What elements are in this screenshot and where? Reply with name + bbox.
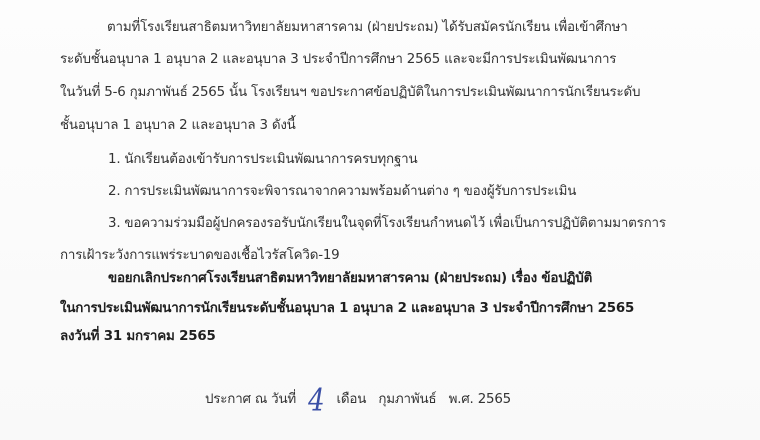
announcement-date-line: ประกาศ ณ วันที่ 4 เดือน กุมภาพันธ์ พ.ศ. … (205, 385, 511, 410)
month-label: เดือน (337, 392, 367, 407)
paragraph-line-4: ชั้นอนุบาล 1 อนุบาล 2 และอนุบาล 3 ดังนี้ (60, 116, 296, 136)
paragraph-line-2: ระดับชั้นอนุบาล 1 อนุบาล 2 และอนุบาล 3 ป… (60, 50, 616, 70)
announcement-prefix: ประกาศ ณ วันที่ (205, 392, 296, 407)
month-value: กุมภาพันธ์ (378, 392, 436, 407)
handwritten-day: 4 (308, 389, 324, 413)
cancellation-line-1: ขอยกเลิกประกาศโรงเรียนสาธิตมหาวิทยาลัยมห… (108, 269, 592, 289)
cancellation-line-2: ในการประเมินพัฒนาการนักเรียนระดับชั้นอนุ… (60, 299, 634, 319)
paragraph-line-3: ในวันที่ 5-6 กุมภาพันธ์ 2565 นั้น โรงเรี… (60, 83, 640, 103)
era-label: พ.ศ. (449, 392, 474, 407)
cancellation-line-3: ลงวันที่ 31 มกราคม 2565 (60, 327, 216, 347)
paragraph-line-1: ตามที่โรงเรียนสาธิตมหาวิทยาลัยมหาสารคาม … (107, 18, 628, 38)
list-item-2: 2. การประเมินพัฒนาการจะพิจารณาจากความพร้… (108, 182, 576, 202)
list-item-3-continuation: การเฝ้าระวังการแพร่ระบาดของเชื้อไวรัสโคว… (60, 246, 339, 266)
list-item-1: 1. นักเรียนต้องเข้ารับการประเมินพัฒนาการ… (108, 150, 417, 170)
document-page: ตามที่โรงเรียนสาธิตมหาวิทยาลัยมหาสารคาม … (0, 0, 760, 440)
year-value: 2565 (478, 392, 511, 407)
list-item-3: 3. ขอความร่วมมือผู้ปกครองรอรับนักเรียนใน… (108, 214, 666, 234)
